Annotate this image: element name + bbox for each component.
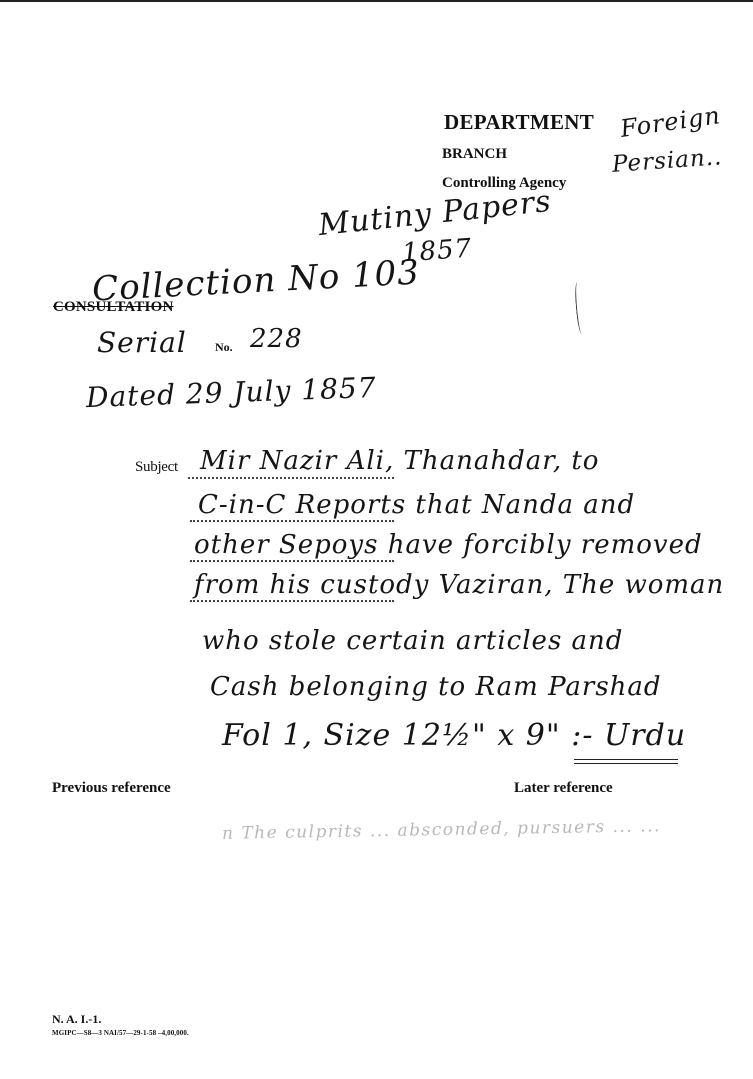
subject-line: Cash belonging to Ram Parshad bbox=[210, 672, 662, 702]
urdu-underline bbox=[574, 759, 678, 760]
no-label: No. bbox=[215, 340, 233, 355]
serial-word: Serial bbox=[97, 326, 187, 359]
subject-line: who stole certain articles and bbox=[202, 626, 623, 656]
pencil-mark bbox=[574, 282, 586, 334]
department-value: Foreign bbox=[619, 101, 723, 143]
scan-border-top bbox=[0, 0, 753, 2]
previous-reference-label: Previous reference bbox=[52, 780, 171, 797]
subject-dotted-line bbox=[190, 600, 394, 602]
branch-label: BRANCH bbox=[442, 146, 507, 163]
subject-line: Mir Nazir Ali, Thanahdar, to bbox=[200, 446, 599, 476]
faint-pencil-note: n The culprits ... absconded, pursuers .… bbox=[222, 816, 661, 844]
urdu-underline bbox=[574, 763, 678, 764]
printer-imprint: MGIPC—S8—3 NAI/57—29-1-58 –4,00,000. bbox=[52, 1029, 189, 1037]
branch-value: Persian.. bbox=[611, 144, 723, 178]
later-reference-label: Later reference bbox=[514, 780, 613, 797]
dated-value: Dated 29 July 1857 bbox=[86, 371, 377, 414]
subject-dotted-line bbox=[188, 477, 394, 479]
subject-dotted-line bbox=[190, 520, 394, 522]
consultation-label: CONSULTATION bbox=[53, 299, 174, 316]
form-code: N. A. I.-1. bbox=[52, 1012, 101, 1027]
collection-title: Mutiny Papers bbox=[317, 184, 553, 243]
subject-dotted-line bbox=[190, 560, 394, 562]
subject-line: other Sepoys have forcibly removed bbox=[194, 530, 703, 560]
subject-label: Subject bbox=[135, 459, 178, 476]
subject-line: C-in-C Reports that Nanda and bbox=[198, 490, 635, 520]
serial-number: 228 bbox=[250, 324, 303, 354]
department-label: DEPARTMENT bbox=[444, 110, 594, 135]
subject-line: Fol 1, Size 12½" x 9" :- Urdu bbox=[222, 718, 686, 753]
subject-line: from his custody Vaziran, The woman bbox=[194, 570, 724, 600]
